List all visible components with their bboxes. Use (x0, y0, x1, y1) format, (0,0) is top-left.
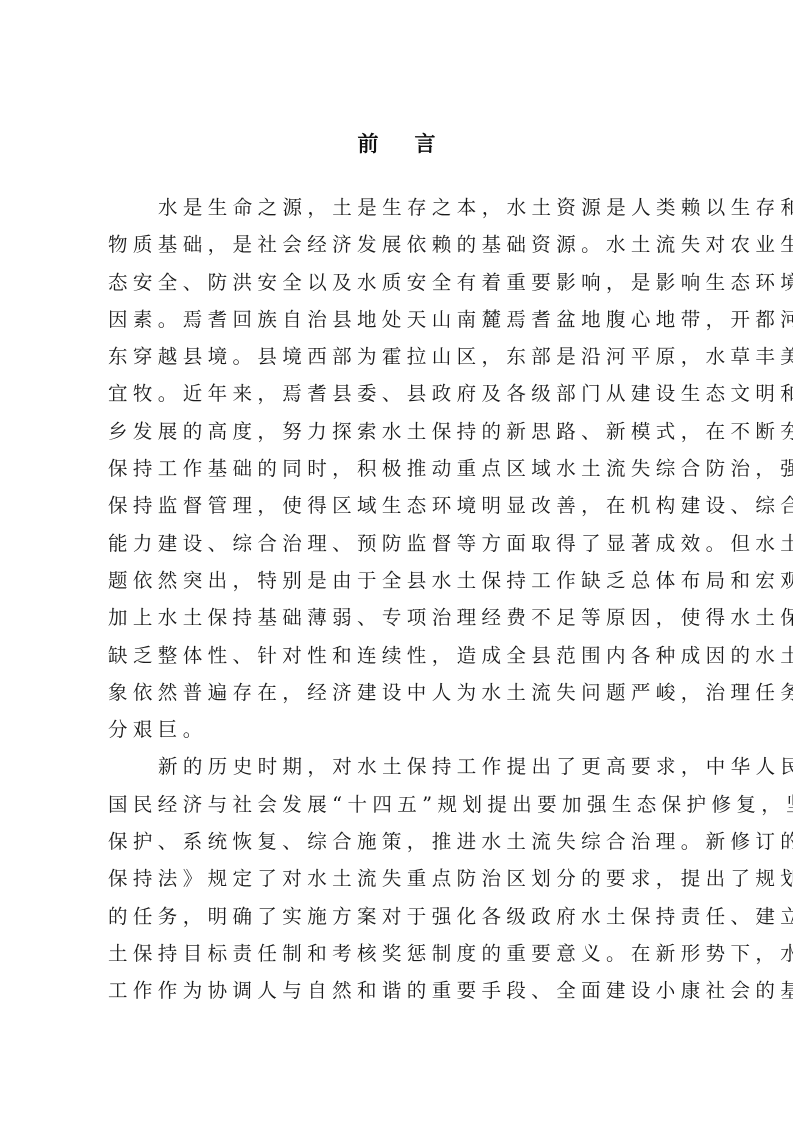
text-line: 物质基础，是社会经济发展依赖的基础资源。水土流失对农业生产、生 (108, 226, 688, 263)
text-line: 保持法》规定了对水土流失重点防治区划分的要求，提出了规划要落实 (108, 860, 688, 897)
document-body: 水是生命之源，土是生存之本，水土资源是人类赖以生存和发展的 物质基础，是社会经济… (108, 189, 688, 1010)
text-line: 因素。焉耆回族自治县地处天山南麓焉耆盆地腹心地带，开都河自西向 (108, 301, 688, 338)
text-line: 新的历史时期，对水土保持工作提出了更高要求，中华人民共和国 (108, 748, 688, 785)
text-line: 分艰巨。 (108, 711, 688, 748)
paragraph-1: 水是生命之源，土是生存之本，水土资源是人类赖以生存和发展的 物质基础，是社会经济… (108, 189, 688, 748)
text-line: 缺乏整体性、针对性和连续性，造成全县范围内各种成因的水土流失现 (108, 637, 688, 674)
text-line: 东穿越县境。县境西部为霍拉山区，东部是沿河平原，水草丰美，宜农 (108, 338, 688, 375)
text-line: 国民经济与社会发展“十四五”规划提出要加强生态保护修复，坚持源头 (108, 786, 688, 823)
text-line: 宜牧。近年来，焉耆县委、县政府及各级部门从建设生态文明和统筹城 (108, 375, 688, 412)
text-line: 乡发展的高度，努力探索水土保持的新思路、新模式，在不断夯实水土 (108, 413, 688, 450)
text-line: 土保持目标责任制和考核奖惩制度的重要意义。在新形势下，水土保持 (108, 935, 688, 972)
text-line: 保持监督管理，使得区域生态环境明显改善，在机构建设、综合监管、 (108, 487, 688, 524)
text-line: 题依然突出，特别是由于全县水土保持工作缺乏总体布局和宏观指导， (108, 562, 688, 599)
text-line: 态安全、防洪安全以及水质安全有着重要影响，是影响生态环境的重要 (108, 264, 688, 301)
text-line: 保持工作基础的同时，积极推动重点区域水土流失综合防治，强化水土 (108, 450, 688, 487)
page-title: 前言 (0, 128, 793, 158)
text-line: 保护、系统恢复、综合施策，推进水土流失综合治理。新修订的《水土 (108, 823, 688, 860)
text-line: 工作作为协调人与自然和谐的重要手段、全面建设小康社会的基础工程、 (108, 972, 688, 1009)
text-line: 能力建设、综合治理、预防监督等方面取得了显著成效。但水土流失问 (108, 525, 688, 562)
paragraph-2: 新的历史时期，对水土保持工作提出了更高要求，中华人民共和国 国民经济与社会发展“… (108, 748, 688, 1009)
text-line: 的任务，明确了实施方案对于强化各级政府水土保持责任、建立健全水 (108, 898, 688, 935)
title-char-2: 言 (415, 132, 436, 156)
text-line: 水是生命之源，土是生存之本，水土资源是人类赖以生存和发展的 (108, 189, 688, 226)
text-line: 加上水土保持基础薄弱、专项治理经费不足等原因，使得水土保持工作 (108, 599, 688, 636)
document-page: 前言 水是生命之源，土是生存之本，水土资源是人类赖以生存和发展的 物质基础，是社… (0, 0, 793, 1122)
text-line: 象依然普遍存在，经济建设中人为水土流失问题严峻，治理任务仍然十 (108, 674, 688, 711)
title-char-1: 前 (358, 132, 379, 156)
